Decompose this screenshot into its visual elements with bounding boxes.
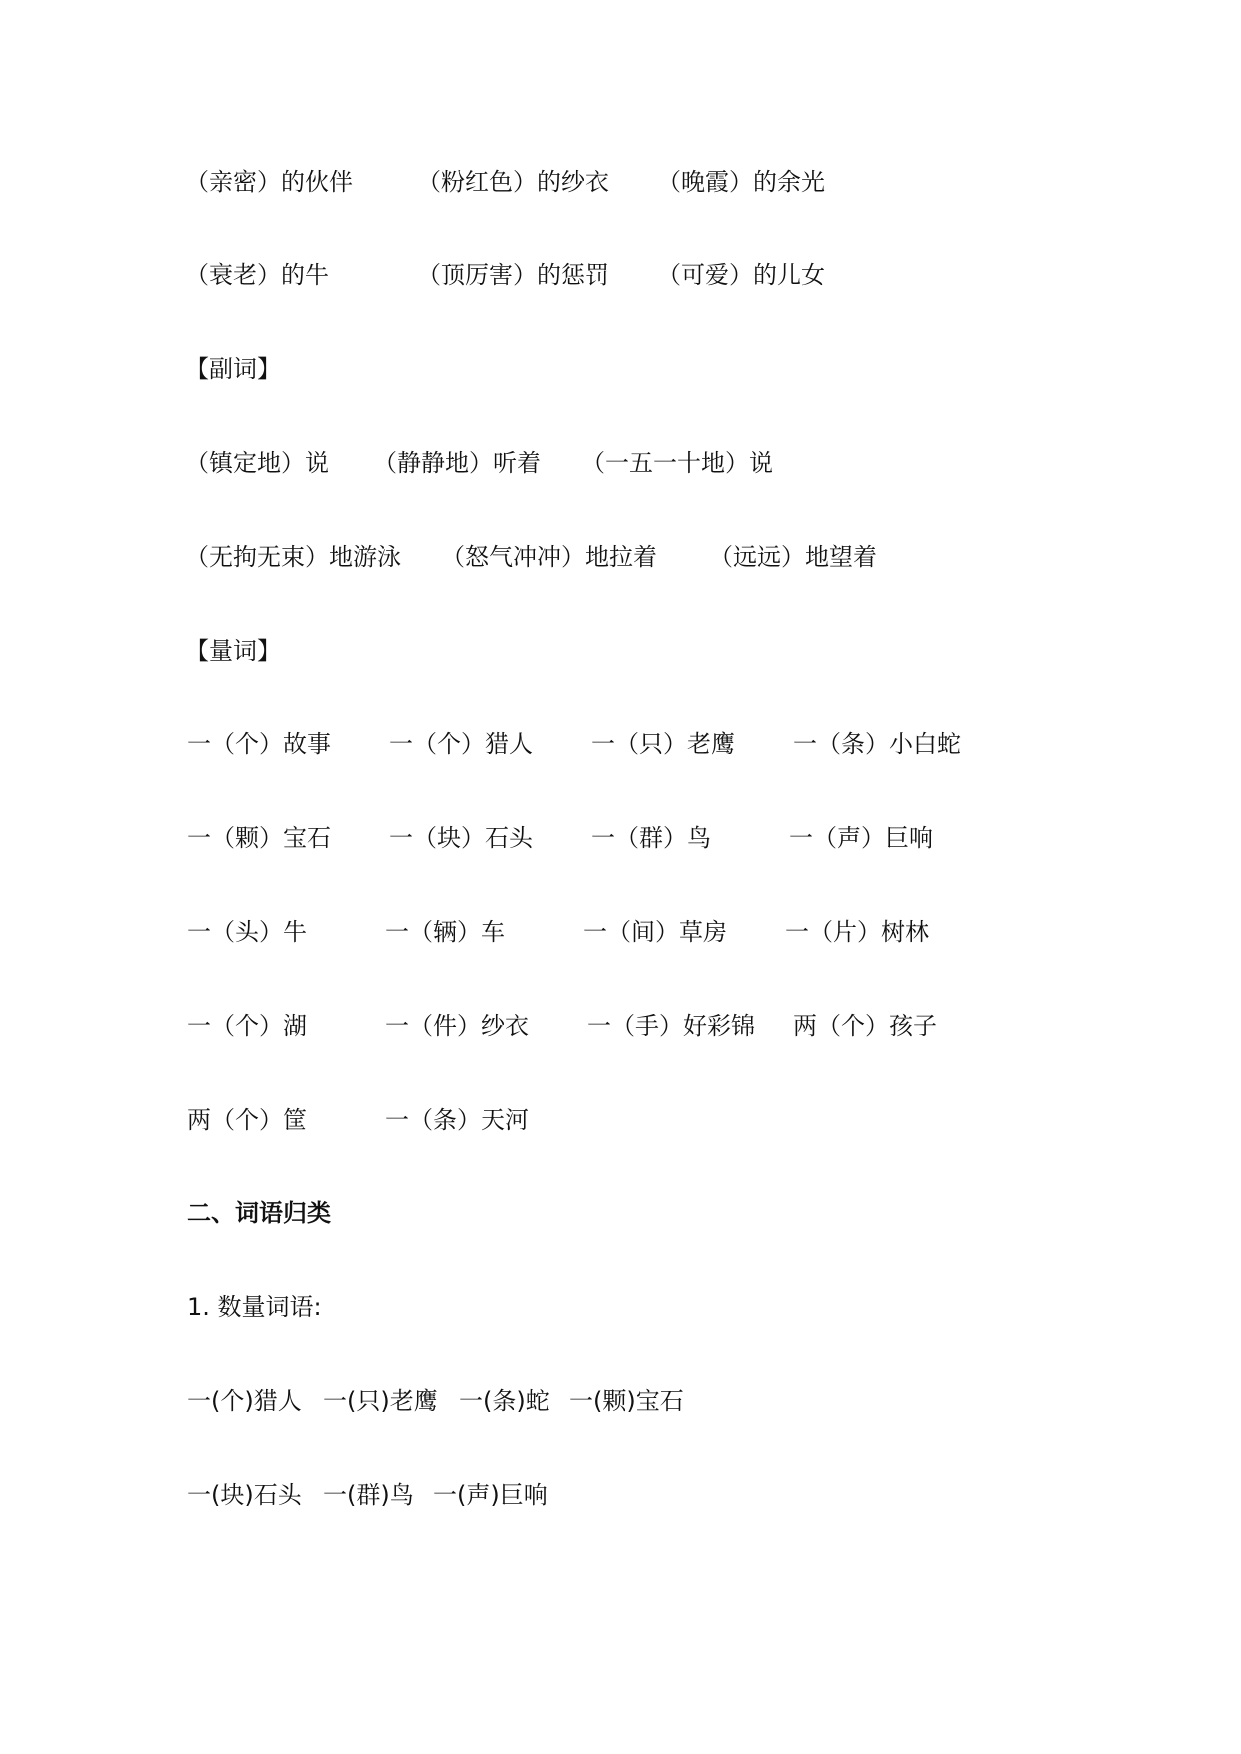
phrase: 一（件）纱衣 [385,1006,529,1046]
phrase: 一（群）鸟 [591,818,711,858]
phrase: 一（个）猎人 [389,724,533,764]
phrase: 一(只)老鹰 [323,1381,438,1421]
phrase: （亲密）的伙伴 [185,162,353,202]
phrase: 一（声）巨响 [789,818,933,858]
phrase: 一（头）牛 [187,912,307,952]
phrase: （远远）地望着 [709,537,877,577]
subsection-heading: 1. 数量词语: [187,1287,322,1327]
phrase: （衰老）的牛 [185,255,329,295]
phrase: 一（只）老鹰 [591,724,735,764]
phrase: 一（辆）车 [385,912,505,952]
phrase: 一（块）石头 [389,818,533,858]
phrase: （镇定地）说 [185,443,329,483]
phrase: 一（个）故事 [187,724,331,764]
phrase: （晚霞）的余光 [657,162,825,202]
phrase: 一(声)巨响 [433,1475,548,1515]
phrase: （顶厉害）的惩罚 [417,255,609,295]
phrase: 一（颗）宝石 [187,818,331,858]
section-heading: 【量词】 [185,631,281,671]
document-page: （亲密）的伙伴 （粉红色）的纱衣 （晚霞）的余光 （衰老）的牛 （顶厉害）的惩罚… [0,0,1241,1754]
section-heading: 【副词】 [185,349,281,389]
phrase: 一(条)蛇 [459,1381,550,1421]
phrase: 一（片）树林 [785,912,929,952]
section-heading: 二、词语归类 [187,1193,331,1233]
phrase: 一(个)猎人 [187,1381,302,1421]
phrase: （静静地）听着 [373,443,541,483]
phrase: （怒气冲冲）地拉着 [441,537,657,577]
phrase: 一(颗)宝石 [569,1381,684,1421]
phrase: 一（手）好彩锦 [587,1006,755,1046]
phrase: （粉红色）的纱衣 [417,162,609,202]
phrase: 一（条）天河 [385,1100,529,1140]
phrase: 一（个）湖 [187,1006,307,1046]
phrase: （无拘无束）地游泳 [185,537,401,577]
phrase: 两（个）孩子 [793,1006,937,1046]
phrase: 两（个）筐 [187,1100,307,1140]
phrase: 一（条）小白蛇 [793,724,961,764]
phrase: 一（间）草房 [583,912,727,952]
phrase: （一五一十地）说 [581,443,773,483]
phrase: （可爱）的儿女 [657,255,825,295]
phrase: 一(群)鸟 [323,1475,414,1515]
phrase: 一(块)石头 [187,1475,302,1515]
